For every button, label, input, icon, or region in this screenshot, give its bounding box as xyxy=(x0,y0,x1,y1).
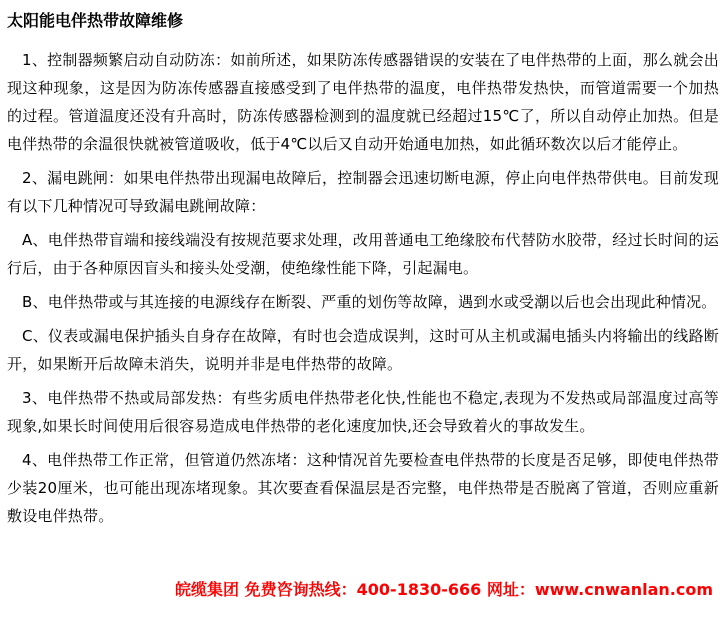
footer-hotline-label: 免费咨询热线： xyxy=(245,580,357,599)
paragraph-leakage-trip: 2、漏电跳闸：如果电伴热带出现漏电故障后，控制器会迅速切断电源，停止向电伴热带供… xyxy=(7,164,719,220)
paragraph-cause-a: A、电伴热带盲端和接线端没有按规范要求处理，改用普通电工绝缘胶布代替防水胶带，经… xyxy=(7,226,719,282)
article-page: 太阳能电伴热带故障维修 1、控制器频繁启动自动防冻：如前所述，如果防冻传感器错误… xyxy=(0,0,726,621)
paragraph-no-heat-or-partial-heat: 3、电伴热带不热或局部发热：有些劣质电伴热带老化快,性能也不稳定,表现为不发热或… xyxy=(7,384,719,440)
page-title: 太阳能电伴热带故障维修 xyxy=(7,12,719,30)
paragraph-cause-c: C、仪表或漏电保护插头自身存在故障，有时也会造成误判，这时可从主机或漏电插头内将… xyxy=(7,322,719,378)
paragraph-controller-auto-antifreeze: 1、控制器频繁启动自动防冻：如前所述，如果防冻传感器错误的安装在了电伴热带的上面… xyxy=(7,46,719,158)
footer-website-url: www.cnwanlan.com xyxy=(535,580,713,599)
footer-website-label: 网址： xyxy=(487,580,535,599)
paragraph-pipe-still-frozen: 4、电伴热带工作正常，但管道仍然冻堵：这种情况首先要检查电伴热带的长度是否足够，… xyxy=(7,446,719,530)
footer-hotline-phone: 400-1830-666 xyxy=(357,580,482,599)
paragraph-cause-b: B、电伴热带或与其连接的电源线存在断裂、严重的划伤等故障，遇到水或受潮以后也会出… xyxy=(7,288,719,316)
footer-contact-line: 皖缆集团 免费咨询热线：400-1830-666 网址：www.cnwanlan… xyxy=(7,580,719,600)
footer-company-name: 皖缆集团 xyxy=(175,580,239,599)
